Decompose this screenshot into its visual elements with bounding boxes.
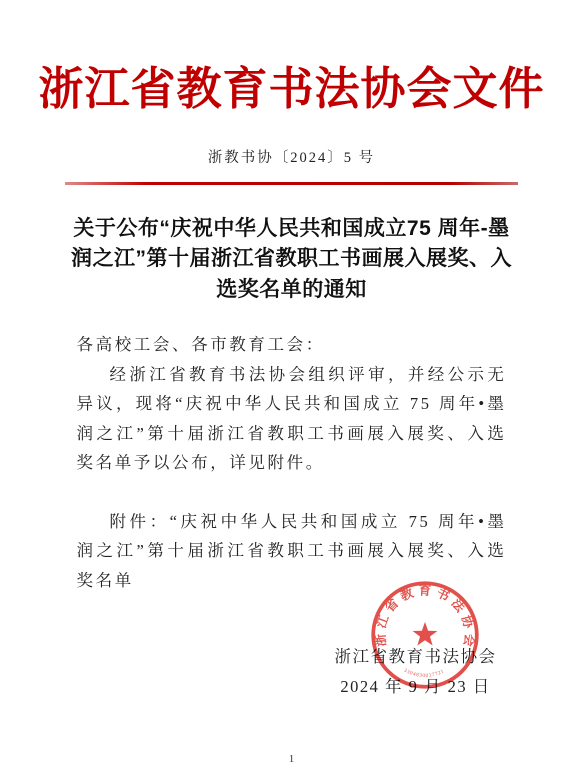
signature-date: 2024 年 9 月 23 日 (335, 672, 497, 702)
signature-organization: 浙江省教育书法协会 (335, 642, 497, 672)
notice-title-line-2: 润之江”第十届浙江省教职工书画展入展奖、入 (0, 244, 583, 275)
attachment-paragraph: 附件：“庆祝中华人民共和国成立 75 周年•墨润之江”第十届浙江省教职工书画展入… (77, 507, 507, 596)
red-header-title: 浙江省教育书法协会文件 (0, 0, 583, 116)
document-page: 浙江省教育书法协会文件 浙教书协〔2024〕5 号 关于公布“庆祝中华人民共和国… (0, 0, 583, 782)
document-body: 各高校工会、各市教育工会： 经浙江省教育书法协会组织评审，并经公示无异议，现将“… (77, 330, 507, 595)
document-number: 浙教书协〔2024〕5 号 (0, 146, 583, 167)
signature-block: 浙江省教育书法协会 2024 年 9 月 23 日 (77, 642, 507, 702)
salutation: 各高校工会、各市教育工会： (77, 330, 507, 360)
notice-title-line-1: 关于公布“庆祝中华人民共和国成立75 周年-墨 (0, 214, 583, 245)
notice-title-line-3: 选奖名单的通知 (0, 275, 583, 306)
page-number: 1 (0, 753, 583, 765)
body-paragraph: 经浙江省教育书法协会组织评审，并经公示无异议，现将“庆祝中华人民共和国成立 75… (77, 360, 507, 478)
notice-title: 关于公布“庆祝中华人民共和国成立75 周年-墨 润之江”第十届浙江省教职工书画展… (0, 214, 583, 306)
red-divider-line (65, 182, 518, 185)
signature-inner: 浙江省教育书法协会 2024 年 9 月 23 日 (335, 642, 497, 702)
